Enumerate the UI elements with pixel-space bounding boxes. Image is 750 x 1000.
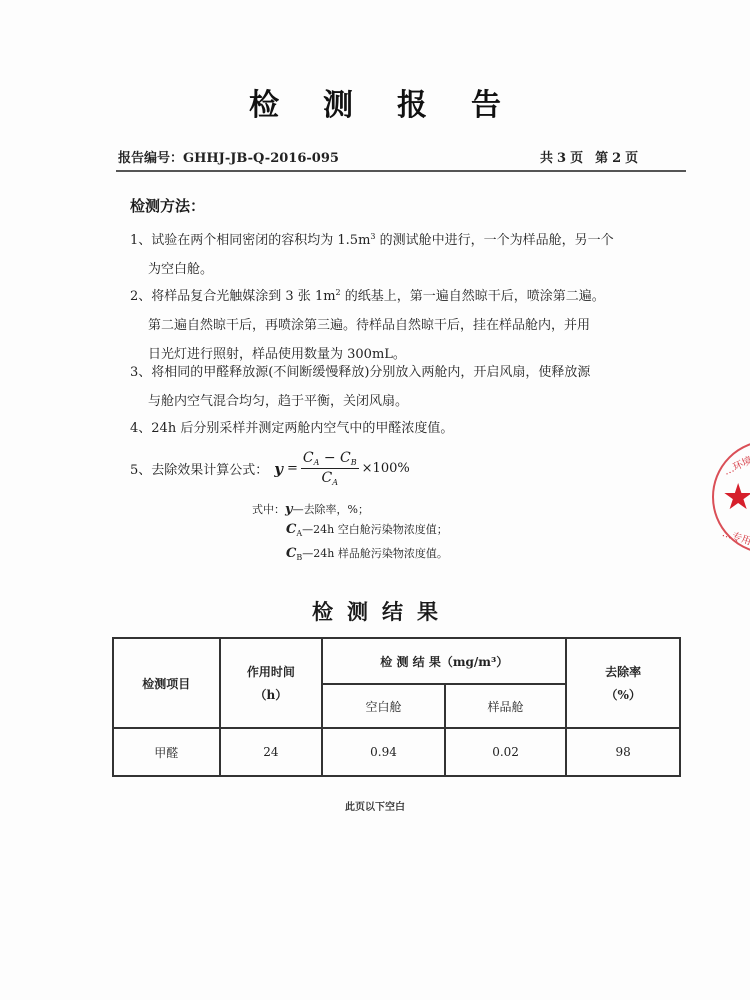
header-rate: 去除率（%）: [566, 638, 680, 728]
header-item: 检测项目: [113, 638, 220, 728]
var: C: [340, 450, 351, 466]
var: C: [322, 470, 333, 486]
method-item-3: 3、将相同的甲醛释放源(不间断缓慢释放)分别放入两舱内，开启风扇，使释放源 与舱…: [130, 358, 590, 416]
table-row: 甲醛 24 0.94 0.02 98: [113, 728, 680, 776]
text: 2、将样品复合光触媒涂到 3 张 1m: [130, 289, 336, 304]
fraction-numerator: CA − CB: [301, 450, 359, 469]
subscript: A: [332, 478, 338, 487]
text: （h）: [221, 686, 322, 703]
pages-total-prefix: 共: [540, 151, 553, 166]
pages-total-suffix: 页: [570, 151, 583, 166]
header-result-group: 检 测 结 果（mg/m³）: [322, 638, 566, 684]
pages-current: 2: [612, 151, 621, 166]
text: 的纸基上，第一遍自然晾干后，喷涂第二遍。: [341, 289, 605, 304]
minus: −: [319, 450, 340, 466]
page-indicator: 共3页第2页: [540, 147, 642, 166]
page-title: 检测报告: [0, 80, 750, 124]
formula-y: y: [274, 460, 283, 478]
report-number: 报告编号：GHHJ-JB-Q-2016-095: [118, 147, 339, 166]
text: 式中：: [252, 503, 285, 516]
text: 3、将相同的甲醛释放源(不间断缓慢释放)分别放入两舱内，开启风扇，使释放源: [130, 358, 590, 387]
method-item-2: 2、将样品复合光触媒涂到 3 张 1m2 的纸基上，第一遍自然晾干后，喷涂第二遍…: [130, 278, 605, 369]
pages-current-suffix: 页: [625, 151, 638, 166]
pages-total: 3: [557, 151, 566, 166]
text: —去除率，%；: [293, 503, 369, 516]
header-divider: [116, 170, 686, 172]
formula-notes: 式中：y—去除率，%； CA—24h 空白舱污染物浓度值； CB—24h 样品舱…: [252, 500, 448, 568]
star-icon: ★: [722, 480, 750, 516]
subscript: B: [351, 458, 357, 467]
formula-eq: =: [287, 461, 298, 476]
header-sample-chamber: 样品舱: [445, 684, 567, 728]
cell-time: 24: [220, 728, 323, 776]
text: 与舱内空气混合均匀，趋于平衡，关闭风扇。: [130, 387, 590, 416]
var: C: [286, 522, 296, 537]
method-item-1: 1、试验在两个相同密闭的容积均为 1.5m3 的测试舱中进行，一个为样品舱，另一…: [130, 222, 614, 284]
cell-rate: 98: [566, 728, 680, 776]
results-heading: 检测结果: [0, 596, 750, 626]
text: （%）: [567, 686, 679, 703]
report-number-value: GHHJ-JB-Q-2016-095: [183, 151, 339, 166]
text: 作用时间: [221, 663, 322, 680]
formula-label: 5、去除效果计算公式：: [130, 459, 268, 478]
var: C: [303, 450, 314, 466]
text: —24h 样品舱污染物浓度值。: [302, 547, 448, 560]
report-number-label: 报告编号：: [118, 151, 183, 166]
text: 4、24h 后分别采样并测定两舱内空气中的甲醛浓度值。: [130, 414, 453, 443]
text: 去除率: [567, 663, 679, 680]
text: 1、试验在两个相同密闭的容积均为 1.5m: [130, 233, 370, 248]
formula-multiplier: ×100%: [362, 461, 410, 476]
end-note: 此页以下空白: [0, 798, 750, 813]
var: C: [286, 546, 296, 561]
cell-item: 甲醛: [113, 728, 220, 776]
method-item-4: 4、24h 后分别采样并测定两舱内空气中的甲醛浓度值。: [130, 414, 453, 443]
cell-blank: 0.94: [322, 728, 445, 776]
var: y: [285, 502, 293, 517]
header-time: 作用时间（h）: [220, 638, 323, 728]
method-heading: 检测方法：: [130, 195, 205, 216]
cell-sample: 0.02: [445, 728, 567, 776]
fraction-denominator: CA: [322, 469, 339, 487]
formula-fraction: CA − CB CA: [301, 450, 359, 487]
text: —24h 空白舱污染物浓度值；: [302, 523, 448, 536]
pages-current-prefix: 第: [595, 151, 608, 166]
text: 第二遍自然晾干后，再喷涂第三遍。待样品自然晾干后，挂在样品舱内，并用: [130, 311, 605, 340]
header-blank-chamber: 空白舱: [322, 684, 445, 728]
results-table: 检测项目 作用时间（h） 检 测 结 果（mg/m³） 去除率（%） 空白舱 样…: [112, 637, 681, 777]
formula: 5、去除效果计算公式： y = CA − CB CA ×100%: [130, 450, 410, 487]
text: 的测试舱中进行，一个为样品舱，另一个: [376, 233, 614, 248]
